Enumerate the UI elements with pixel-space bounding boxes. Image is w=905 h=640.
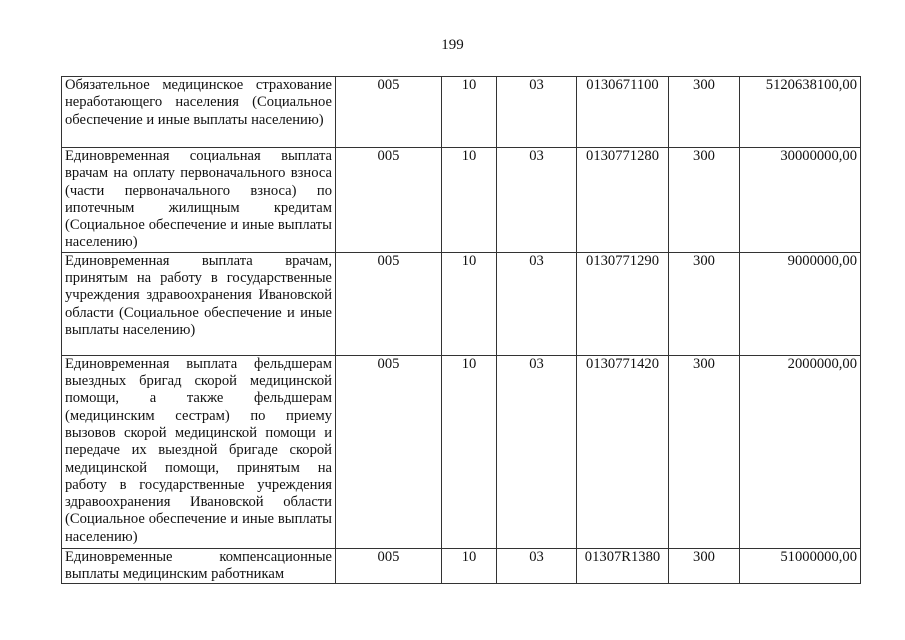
subsection-code: 03 (497, 548, 577, 584)
section-code: 10 (442, 355, 497, 548)
page-number: 199 (0, 36, 905, 54)
row-description: Единовременная социальная выплата врачам… (62, 148, 336, 253)
table-row: Единовременная выплата фельдшерам выездн… (62, 355, 861, 548)
section-code: 10 (442, 252, 497, 355)
target-article-code: 0130771280 (577, 148, 669, 253)
target-article-code: 01307R1380 (577, 548, 669, 584)
ministry-code: 005 (336, 252, 442, 355)
ministry-code: 005 (336, 77, 442, 148)
budget-table: Обязательное медицинское страхование нер… (61, 76, 861, 584)
table-row: Единовременная выплата врачам, принятым … (62, 252, 861, 355)
section-code: 10 (442, 77, 497, 148)
expense-type-code: 300 (669, 355, 740, 548)
expense-type-code: 300 (669, 148, 740, 253)
table-row: Единовременные компенсационные выплаты м… (62, 548, 861, 584)
target-article-code: 0130771290 (577, 252, 669, 355)
amount: 2000000,00 (740, 355, 861, 548)
table-row: Обязательное медицинское страхование нер… (62, 77, 861, 148)
subsection-code: 03 (497, 77, 577, 148)
section-code: 10 (442, 148, 497, 253)
row-description: Единовременная выплата врачам, принятым … (62, 252, 336, 355)
amount: 51000000,00 (740, 548, 861, 584)
amount: 5120638100,00 (740, 77, 861, 148)
row-description: Единовременная выплата фельдшерам выездн… (62, 355, 336, 548)
subsection-code: 03 (497, 252, 577, 355)
row-description: Обязательное медицинское страхование нер… (62, 77, 336, 148)
section-code: 10 (442, 548, 497, 584)
subsection-code: 03 (497, 355, 577, 548)
expense-type-code: 300 (669, 548, 740, 584)
amount: 30000000,00 (740, 148, 861, 253)
ministry-code: 005 (336, 548, 442, 584)
amount: 9000000,00 (740, 252, 861, 355)
expense-type-code: 300 (669, 252, 740, 355)
table-row: Единовременная социальная выплата врачам… (62, 148, 861, 253)
target-article-code: 0130671100 (577, 77, 669, 148)
row-description: Единовременные компенсационные выплаты м… (62, 548, 336, 584)
subsection-code: 03 (497, 148, 577, 253)
target-article-code: 0130771420 (577, 355, 669, 548)
ministry-code: 005 (336, 355, 442, 548)
expense-type-code: 300 (669, 77, 740, 148)
ministry-code: 005 (336, 148, 442, 253)
